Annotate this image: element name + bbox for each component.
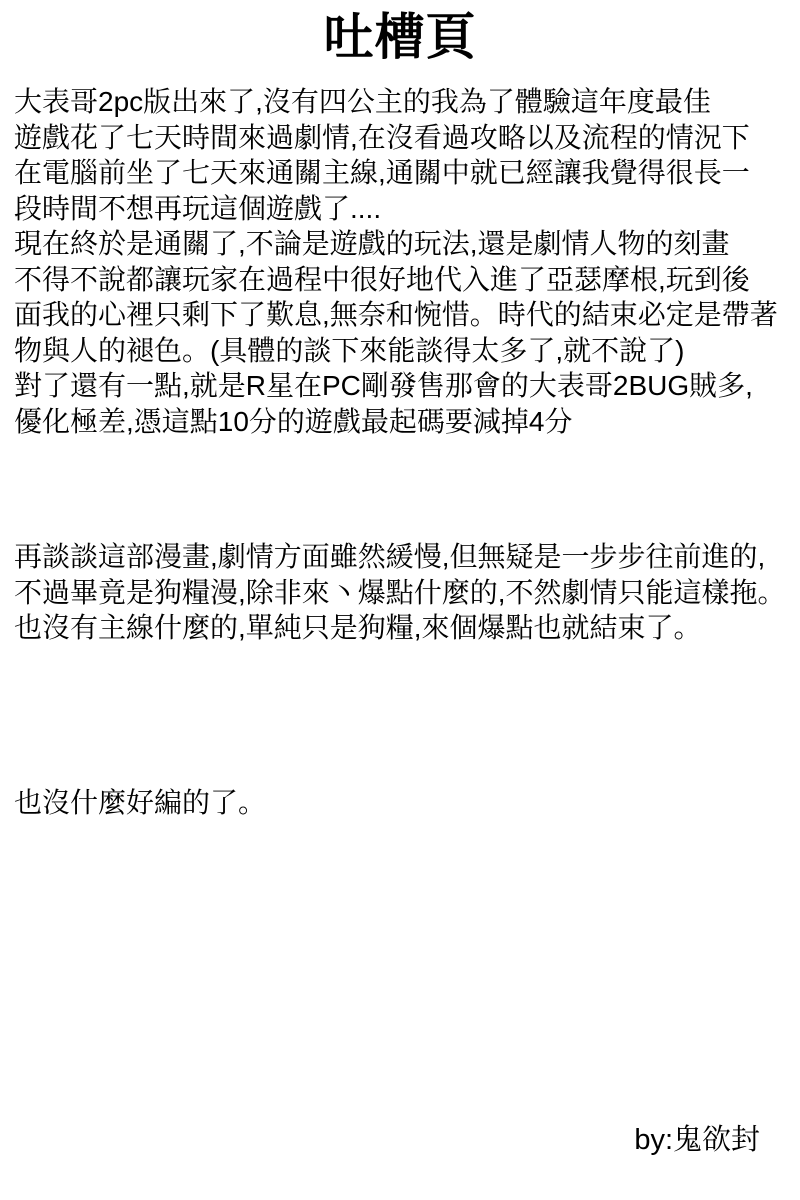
paragraph-game-review: 大表哥2pc版出來了,沒有四公主的我為了體驗這年度最佳 遊戲花了七天時間來過劇情… [14, 84, 792, 439]
author-credit: by:鬼欲封 [634, 1122, 760, 1158]
paragraph-closing-remark: 也沒什麼好編的了。 [14, 785, 792, 821]
page-title: 吐槽頁 [0, 0, 800, 65]
paragraph-manga-comment: 再談談這部漫畫,劇情方面雖然緩慢,但無疑是一步步往前進的, 不過畢竟是狗糧漫,除… [14, 539, 792, 646]
complaint-page: 吐槽頁 大表哥2pc版出來了,沒有四公主的我為了體驗這年度最佳 遊戲花了七天時間… [0, 0, 800, 1200]
